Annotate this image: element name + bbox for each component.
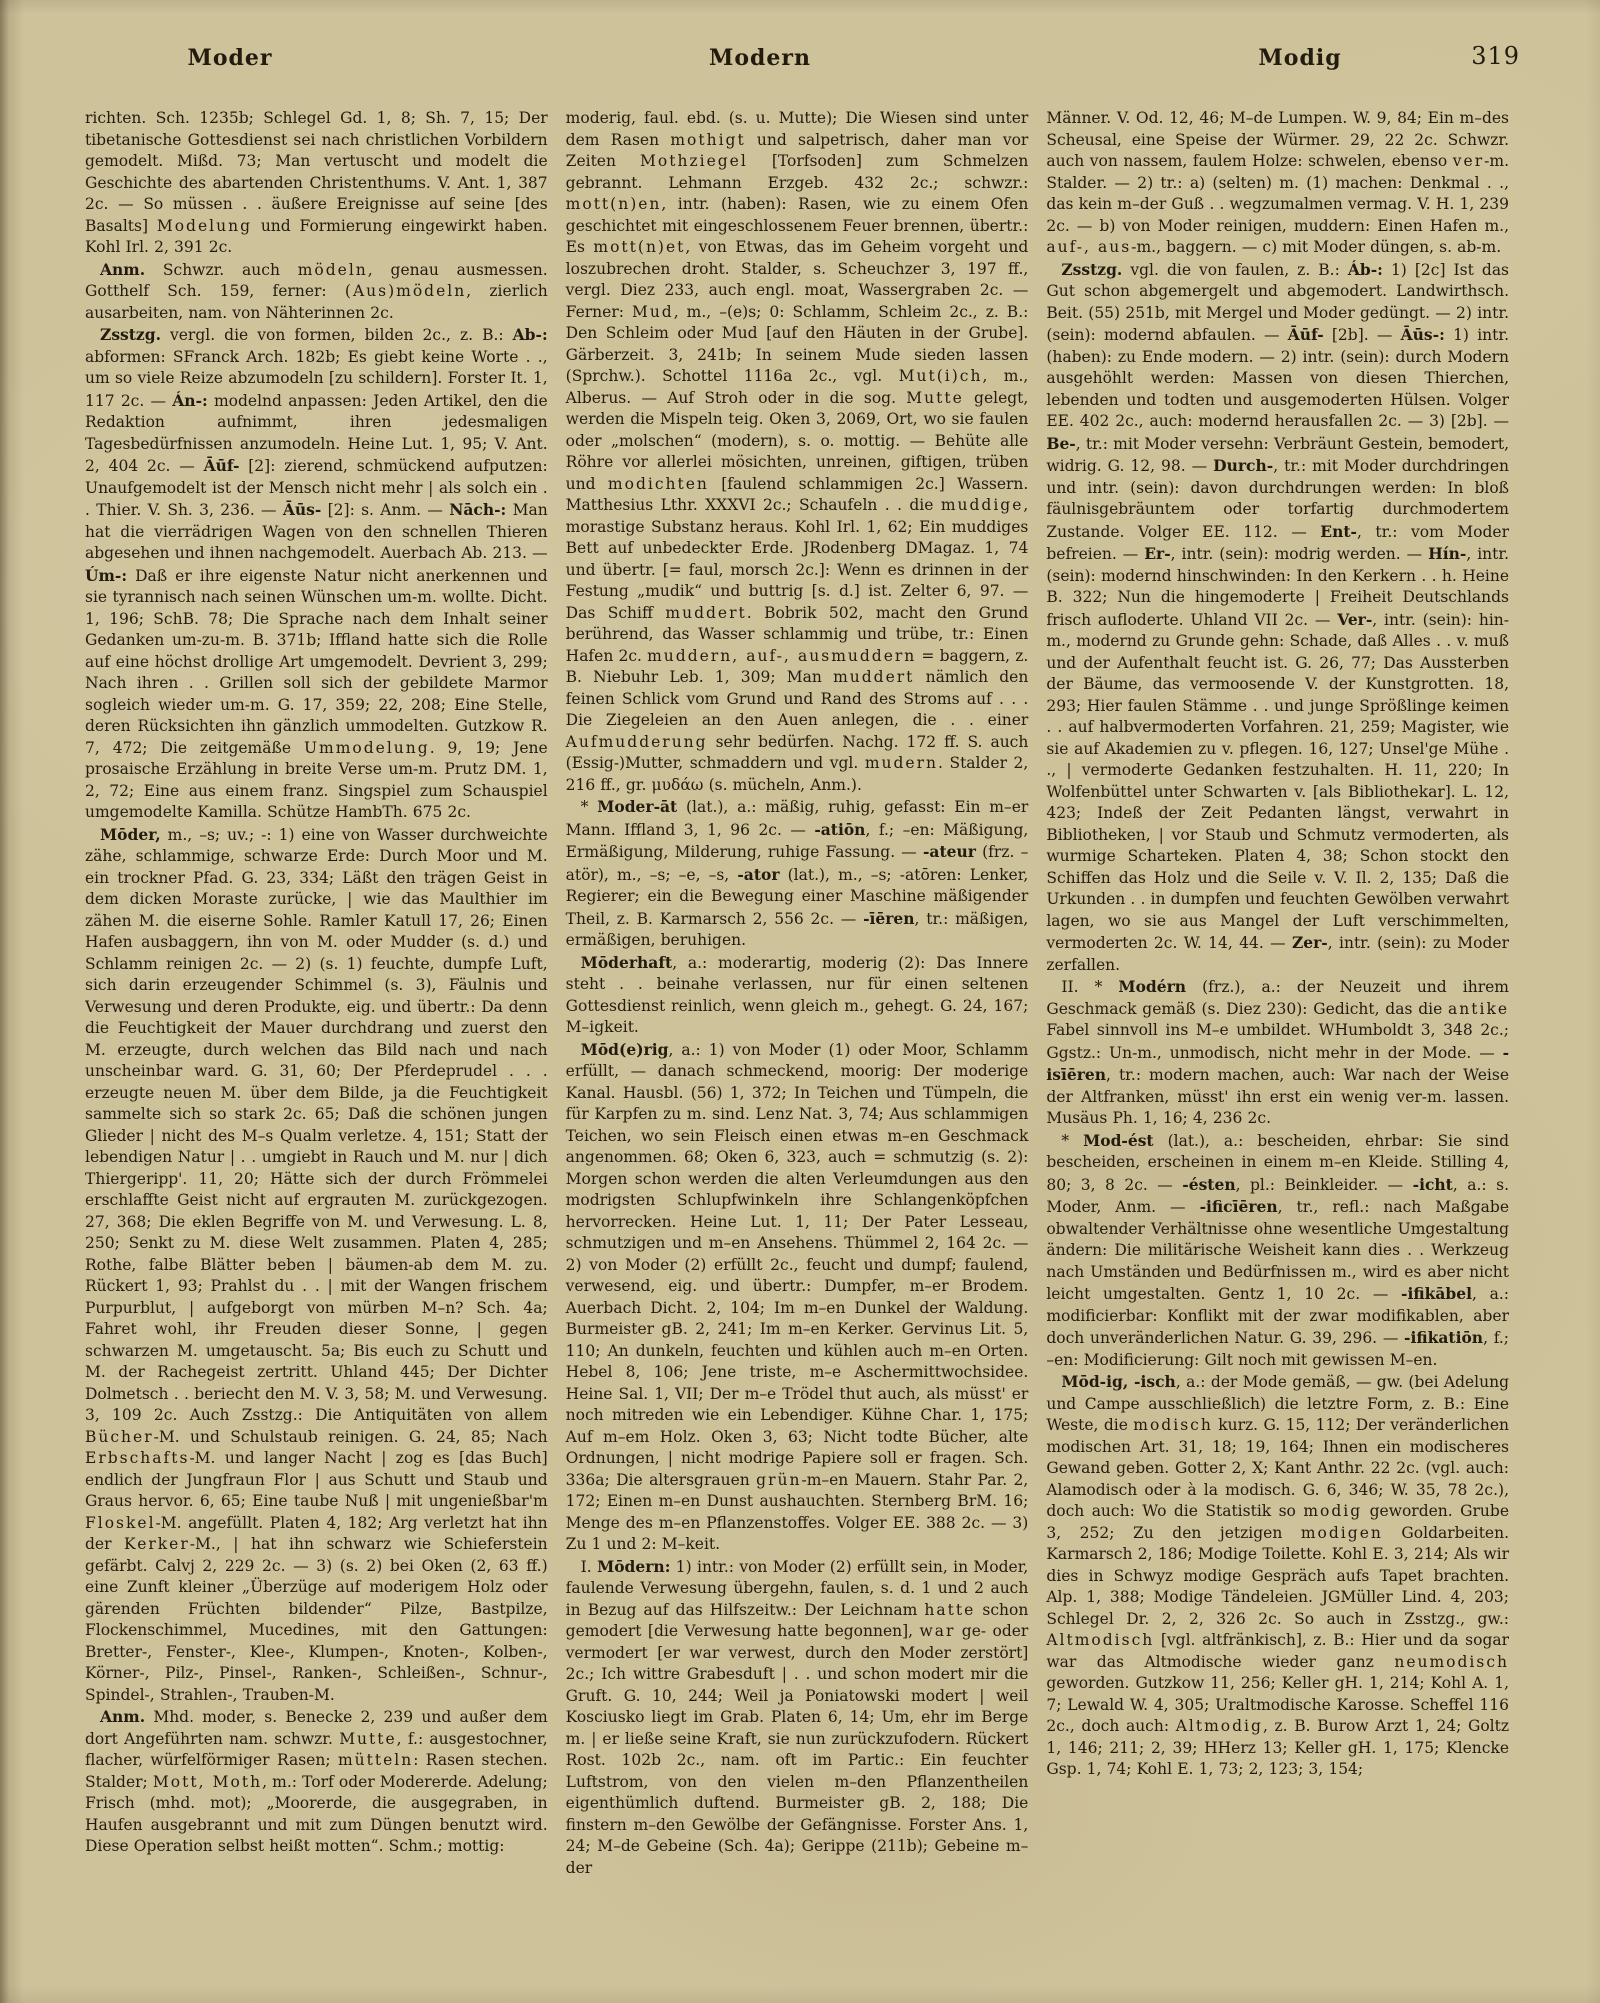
text-segment: modichten: [608, 475, 709, 493]
headword: Āūf-: [204, 456, 240, 475]
text-segment: Erbschafts: [85, 1449, 189, 1467]
page-number: 319: [1471, 42, 1520, 70]
text-segment: [2]: s. Anm. —: [321, 501, 449, 519]
text-segment: , pl.: Beinkleider. —: [1236, 1176, 1413, 1194]
text-segment: -M., | hat ihn schwarz wie Schieferstein…: [85, 1535, 548, 1704]
text-segment: muddert: [665, 604, 746, 622]
text-segment: Männer. V. Od. 12, 46; M–de Lumpen. W. 9…: [1046, 109, 1509, 170]
headword: Mod-ést: [1083, 1131, 1154, 1150]
text-segment: Altmodisch: [1046, 1631, 1154, 1649]
headword: Zer-: [1292, 933, 1328, 952]
headword: Anm.: [100, 1707, 145, 1726]
text-segment: modigen: [1301, 1524, 1383, 1542]
text-column-1: richten. Sch. 1235b; Schlegel Gd. 1, 8; …: [85, 108, 548, 1980]
paragraph: Mōd(e)rig, a.: 1) von Moder (1) oder Moo…: [566, 1039, 1029, 1556]
text-segment: vergl. die von formen, bilden 2c., z. B.…: [161, 326, 513, 344]
headword: Modérn: [1118, 977, 1186, 996]
headword: Zsstzg.: [100, 325, 161, 344]
paragraph: II. * Modérn (frz.), a.: der Neuzeit und…: [1046, 976, 1509, 1130]
text-segment: Mutte: [339, 1730, 396, 1748]
headword: Āūs-: [283, 500, 321, 519]
headword: Moder-āt: [597, 797, 677, 816]
headword: Mōderhaft: [581, 953, 673, 972]
paragraph: Mōd-ig, -isch, a.: der Mode gemäß, — gw.…: [1046, 1371, 1509, 1781]
text-segment: (Aus)mödeln: [345, 282, 466, 300]
text-segment: Mud: [632, 303, 674, 321]
text-segment: Schwzr. auch: [145, 261, 298, 279]
text-segment: Mott, Moth: [153, 1773, 262, 1791]
headword: -ateur: [923, 842, 976, 861]
text-segment: grün: [756, 1471, 801, 1489]
headword: -ésten: [1182, 1175, 1235, 1194]
headword: -ator: [737, 865, 779, 884]
text-segment: -m., baggern. — c) mit Moder düngen, s. …: [1131, 238, 1501, 256]
text-segment: Bücher: [85, 1428, 154, 1446]
paragraph: Männer. V. Od. 12, 46; M–de Lumpen. W. 9…: [1046, 108, 1509, 259]
text-segment: neumodisch: [1394, 1653, 1509, 1671]
headword: Úm-:: [85, 566, 127, 585]
running-head-modern: Modern: [655, 44, 865, 72]
headword: -īēren: [863, 909, 914, 928]
text-segment: auf-, aus: [1046, 238, 1131, 256]
running-head-modig: Modig: [1195, 44, 1405, 72]
text-segment: *: [581, 798, 598, 816]
text-segment: *: [1061, 1132, 1083, 1150]
dictionary-page-scan: Moder Modern Modig 319 richten. Sch. 123…: [0, 0, 1600, 2003]
text-segment: , intr. (sein): hin-m., modernd zu Grund…: [1046, 611, 1509, 953]
text-segment: mott(n)en: [566, 195, 662, 213]
headword: Án-:: [172, 391, 207, 410]
text-segment: Aufmudderung: [566, 733, 708, 751]
text-segment: antike: [1448, 1000, 1509, 1018]
headword: Anm.: [100, 260, 145, 279]
paragraph: Mōderhaft, a.: moderartig, moderig (2): …: [566, 952, 1029, 1039]
text-segment: [2b]. —: [1324, 326, 1401, 344]
paragraph: Mōder, m., –s; uv.; -: 1) eine von Wasse…: [85, 824, 548, 1707]
text-segment: muddern, auf-, ausmuddern: [647, 647, 916, 665]
paragraph: Anm. Mhd. moder, s. Benecke 2, 239 und a…: [85, 1706, 548, 1858]
paragraph: Zsstzg. vgl. die von faulen, z. B.: Áb-:…: [1046, 259, 1509, 977]
headword: Be-: [1046, 434, 1075, 453]
paragraph: * Moder-āt (lat.), a.: mäßig, ruhig, gef…: [566, 796, 1029, 952]
headword: -atiōn: [814, 820, 865, 839]
headword: Er-: [1144, 544, 1170, 563]
text-segment: Fabel sinnvoll ins M–e umbildet. WHumbol…: [1046, 1021, 1509, 1062]
text-column-3: Männer. V. Od. 12, 46; M–de Lumpen. W. 9…: [1046, 108, 1509, 1980]
headword: Ent-: [1320, 522, 1357, 541]
headword: Durch-: [1213, 456, 1273, 475]
text-segment: war: [919, 1622, 955, 1640]
headword: -icht: [1413, 1175, 1453, 1194]
text-segment: II. *: [1061, 978, 1118, 996]
text-segment: Modelung: [157, 217, 252, 235]
text-segment: Ummodelung: [304, 739, 430, 757]
text-segment: Kerker: [124, 1535, 190, 1553]
text-segment: ver: [1453, 152, 1484, 170]
text-segment: Altmodig: [1176, 1717, 1263, 1735]
headword: -ifikatiōn: [1404, 1328, 1483, 1347]
text-segment: hatte: [924, 1601, 975, 1619]
headword: Mōdern:: [597, 1557, 670, 1576]
paragraph: Anm. Schwzr. auch mödeln, genau ausmesse…: [85, 259, 548, 325]
text-segment: Daß er ihre eigenste Natur nicht anerken…: [85, 567, 548, 757]
paragraph: I. Mōdern: 1) intr.: von Moder (2) erfül…: [566, 1556, 1029, 1880]
paragraph: * Mod-ést (lat.), a.: bescheiden, ehrbar…: [1046, 1130, 1509, 1372]
text-segment: -M. und Schulstaub reinigen. G. 24, 85; …: [154, 1428, 548, 1446]
text-segment: mütteln: [338, 1751, 413, 1769]
running-head-moder: Moder: [125, 44, 335, 72]
headword: Ab-:: [513, 325, 548, 344]
text-segment: modig: [1303, 1502, 1362, 1520]
text-columns: richten. Sch. 1235b; Schlegel Gd. 1, 8; …: [85, 108, 1509, 1980]
text-segment: Floskel: [85, 1514, 156, 1532]
text-segment: mudern: [865, 754, 938, 772]
headword: Mōd-ig, -isch: [1061, 1372, 1175, 1391]
text-segment: mothigt: [670, 131, 745, 149]
headword: Ver-: [1337, 610, 1372, 629]
headword: Āūf-: [1288, 325, 1324, 344]
text-segment: , tr.: modern machen, auch: War nach der…: [1046, 1066, 1509, 1127]
text-segment: Mut(i)ch: [899, 367, 983, 385]
text-segment: Mothziegel: [640, 152, 748, 170]
headword: Āūs-:: [1401, 325, 1445, 344]
text-segment: m., –s; uv.; -: 1) eine von Wasser durch…: [85, 826, 548, 1425]
text-segment: mödeln: [298, 261, 368, 279]
text-column-2: moderig, faul. ebd. (s. u. Mutte); Die W…: [566, 108, 1029, 1980]
headword: Mōder,: [100, 825, 161, 844]
headword: Nāch-:: [449, 500, 506, 519]
headword: Hín-: [1428, 544, 1466, 563]
headword: Zsstzg.: [1061, 260, 1122, 279]
text-segment: , a.: 1) von Moder (1) oder Moor, Schlam…: [566, 1041, 1029, 1489]
headword: Mōd(e)rig: [581, 1040, 669, 1059]
text-segment: I.: [581, 1558, 597, 1576]
paragraph: Zsstzg. vergl. die von formen, bilden 2c…: [85, 324, 548, 824]
text-segment: muddige: [941, 496, 1024, 514]
text-segment: mott(n)et: [593, 238, 685, 256]
headword: -ifikābel: [1401, 1284, 1472, 1303]
headword: Áb-:: [1348, 260, 1383, 279]
text-segment: , intr. (sein): modrig werden. —: [1171, 545, 1428, 563]
paragraph: moderig, faul. ebd. (s. u. Mutte); Die W…: [566, 108, 1029, 796]
text-segment: modisch: [1133, 1416, 1213, 1434]
text-segment: Mutte: [906, 389, 963, 407]
text-segment: ge- oder vermodert [er war verwest, durc…: [566, 1622, 1029, 1877]
headword: -ificīēren: [1200, 1197, 1278, 1216]
paragraph: richten. Sch. 1235b; Schlegel Gd. 1, 8; …: [85, 108, 548, 259]
text-segment: muddert: [833, 668, 914, 686]
text-segment: vgl. die von faulen, z. B.:: [1122, 261, 1348, 279]
